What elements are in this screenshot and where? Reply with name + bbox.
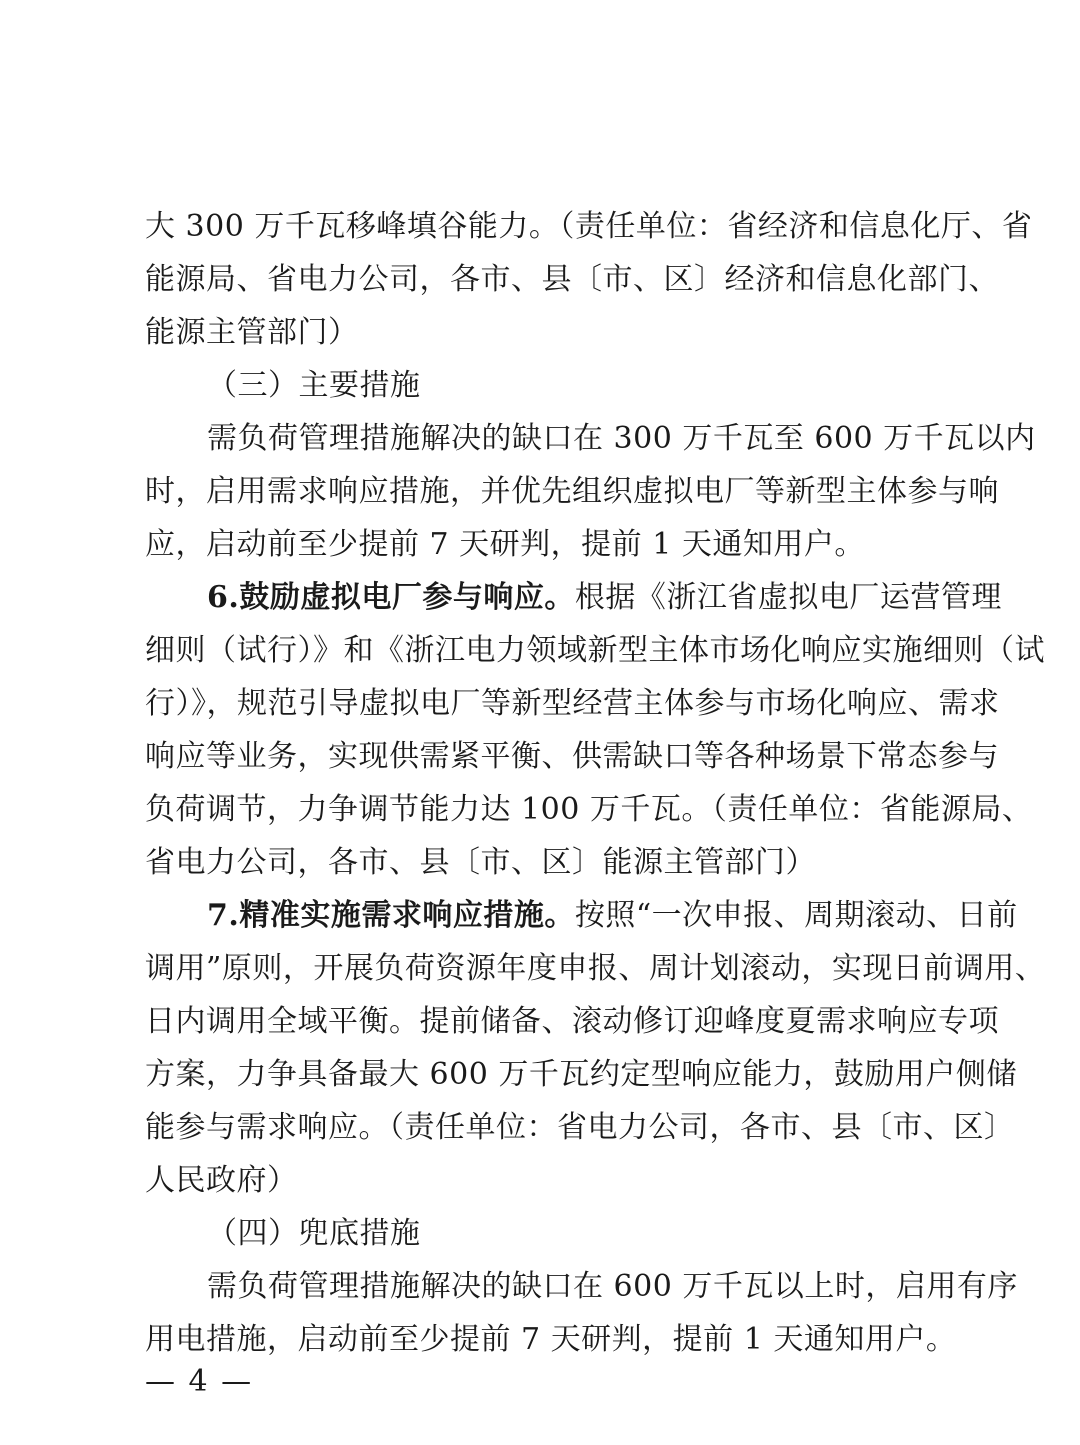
text-line: 需负荷管理措施解决的缺口在 300 万千瓦至 600 万千瓦以内: [145, 412, 950, 465]
paragraph-fallback-measures: 需负荷管理措施解决的缺口在 600 万千瓦以上时，启用有序 用电措施，启动前至少…: [145, 1260, 950, 1366]
paragraph-item-6: 6.鼓励虚拟电厂参与响应。根据《浙江省虚拟电厂运营管理 细则（试行）》和《浙江电…: [145, 571, 950, 889]
item-lead: 6.鼓励虚拟电厂参与响应。: [207, 580, 575, 615]
text-line: 能参与需求响应。（责任单位：省电力公司，各市、县〔市、区〕: [145, 1101, 950, 1154]
text-line: 6.鼓励虚拟电厂参与响应。根据《浙江省虚拟电厂运营管理: [145, 571, 950, 624]
paragraph-item-7: 7.精准实施需求响应措施。按照“一次申报、周期滚动、日前 调用”原则，开展负荷资…: [145, 889, 950, 1207]
item-text: 按照“一次申报、周期滚动、日前: [575, 898, 1018, 933]
item-text: 根据《浙江省虚拟电厂运营管理: [575, 580, 1002, 615]
text-line: 行）》，规范引导虚拟电厂等新型经营主体参与市场化响应、需求: [145, 677, 950, 730]
text-line: 7.精准实施需求响应措施。按照“一次申报、周期滚动、日前: [145, 889, 950, 942]
text-line: 能源局、省电力公司，各市、县〔市、区〕经济和信息化部门、: [145, 253, 950, 306]
paragraph-continuation: 大 300 万千瓦移峰填谷能力。（责任单位：省经济和信息化厅、省 能源局、省电力…: [145, 200, 950, 359]
text-line: 负荷调节，力争调节能力达 100 万千瓦。（责任单位：省能源局、: [145, 783, 950, 836]
text-line: 人民政府）: [145, 1154, 950, 1207]
section-heading-3: （三）主要措施: [145, 359, 950, 412]
text-line: 大 300 万千瓦移峰填谷能力。（责任单位：省经济和信息化厅、省: [145, 200, 950, 253]
text-line: 方案，力争具备最大 600 万千瓦约定型响应能力，鼓励用户侧储: [145, 1048, 950, 1101]
page-number: — 4 —: [145, 1358, 253, 1406]
document-page: 大 300 万千瓦移峰填谷能力。（责任单位：省经济和信息化厅、省 能源局、省电力…: [145, 200, 950, 1366]
text-line: 用电措施，启动前至少提前 7 天研判，提前 1 天通知用户。: [145, 1313, 950, 1366]
text-line: 时，启用需求响应措施，并优先组织虚拟电厂等新型主体参与响: [145, 465, 950, 518]
text-line: 能源主管部门）: [145, 306, 950, 359]
text-line: 应，启动前至少提前 7 天研判，提前 1 天通知用户。: [145, 518, 950, 571]
text-line: 日内调用全域平衡。提前储备、滚动修订迎峰度夏需求响应专项: [145, 995, 950, 1048]
section-heading-4: （四）兜底措施: [145, 1207, 950, 1260]
text-line: 响应等业务，实现供需紧平衡、供需缺口等各种场景下常态参与: [145, 730, 950, 783]
text-line: 需负荷管理措施解决的缺口在 600 万千瓦以上时，启用有序: [145, 1260, 950, 1313]
text-line: 省电力公司，各市、县〔市、区〕能源主管部门）: [145, 836, 950, 889]
paragraph-main-measures: 需负荷管理措施解决的缺口在 300 万千瓦至 600 万千瓦以内 时，启用需求响…: [145, 412, 950, 571]
item-lead: 7.精准实施需求响应措施。: [207, 898, 575, 933]
text-line: 细则（试行）》和《浙江电力领域新型主体市场化响应实施细则（试: [145, 624, 950, 677]
text-line: 调用”原则，开展负荷资源年度申报、周计划滚动，实现日前调用、: [145, 942, 950, 995]
